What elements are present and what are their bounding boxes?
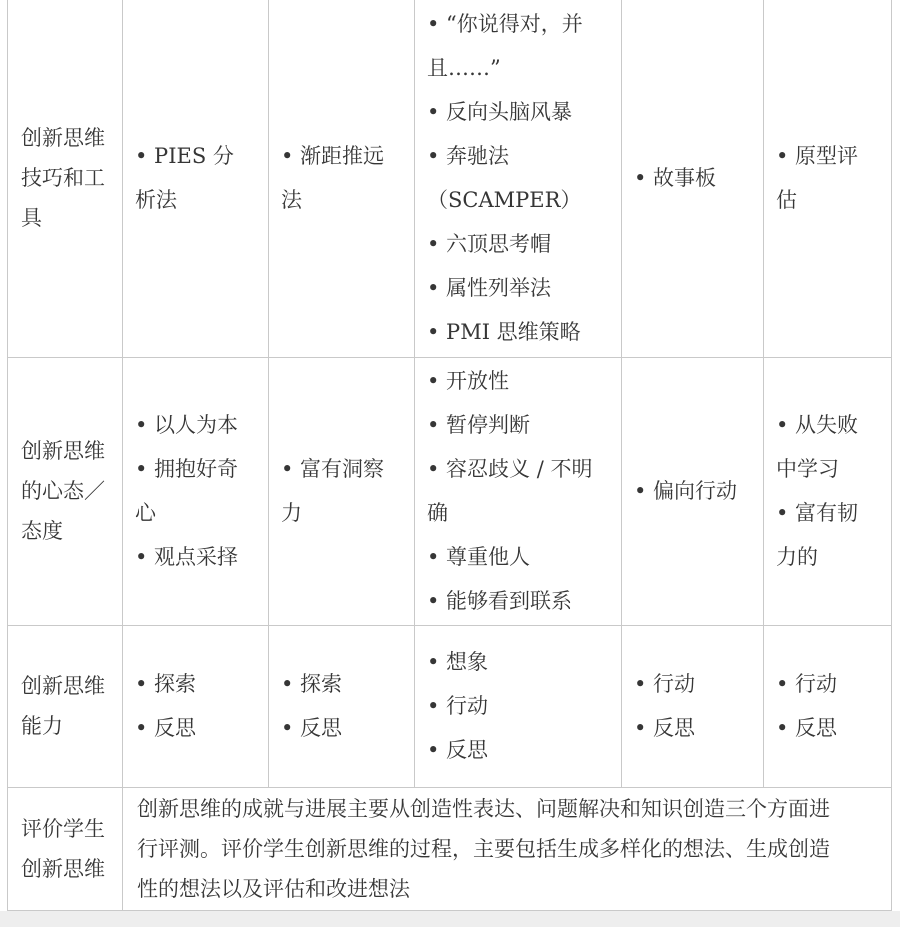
- row-header: 创新思维的心态／态度: [8, 357, 123, 625]
- bullet-list-cell: • 从失败中学习 • 富有韧力的: [764, 357, 892, 625]
- bullet-list-cell: • 富有洞察力: [269, 357, 415, 625]
- row-header: 创新思维技巧和工具: [8, 0, 123, 357]
- bullet-list-cell: • 行动 • 反思: [764, 625, 892, 787]
- bullet-list-cell: • 以人为本 • 拥抱好奇心 • 观点采择: [123, 357, 269, 625]
- row-header: 创新思维能力: [8, 625, 123, 787]
- evaluation-merged-cell: 创新思维的成就与进展主要从创造性表达、问题解决和知识创造三个方面进行评测。评价学…: [123, 787, 892, 910]
- document-page: 创新思维技巧和工具• PIES 分析法• 渐距推远法• “你说得对，并且……” …: [0, 0, 900, 927]
- table-row: 评价学生创新思维创新思维的成就与进展主要从创造性表达、问题解决和知识创造三个方面…: [8, 787, 892, 910]
- bullet-list-cell: • 探索 • 反思: [123, 625, 269, 787]
- bullet-list-cell: • “你说得对，并且……” • 反向头脑风暴 • 奔驰法（SCAMPER） • …: [415, 0, 622, 357]
- bullet-list-cell: • 渐距推远法: [269, 0, 415, 357]
- bullet-list-cell: • 想象 • 行动 • 反思: [415, 625, 622, 787]
- bullet-list-cell: • 开放性 • 暂停判断 • 容忍歧义 / 不明确 • 尊重他人 • 能够看到联…: [415, 357, 622, 625]
- bullet-list-cell: • 原型评估: [764, 0, 892, 357]
- bullet-list-cell: • 故事板: [622, 0, 764, 357]
- table-row: 创新思维能力• 探索 • 反思• 探索 • 反思• 想象 • 行动 • 反思• …: [8, 625, 892, 787]
- page-bottom-margin: [0, 911, 900, 927]
- table-row: 创新思维技巧和工具• PIES 分析法• 渐距推远法• “你说得对，并且……” …: [8, 0, 892, 357]
- bullet-list-cell: • PIES 分析法: [123, 0, 269, 357]
- table-row: 创新思维的心态／态度• 以人为本 • 拥抱好奇心 • 观点采择• 富有洞察力• …: [8, 357, 892, 625]
- bullet-list-cell: • 偏向行动: [622, 357, 764, 625]
- creative-thinking-table: 创新思维技巧和工具• PIES 分析法• 渐距推远法• “你说得对，并且……” …: [7, 0, 892, 911]
- bullet-list-cell: • 行动 • 反思: [622, 625, 764, 787]
- table-body: 创新思维技巧和工具• PIES 分析法• 渐距推远法• “你说得对，并且……” …: [8, 0, 892, 910]
- row-header: 评价学生创新思维: [8, 787, 123, 910]
- bullet-list-cell: • 探索 • 反思: [269, 625, 415, 787]
